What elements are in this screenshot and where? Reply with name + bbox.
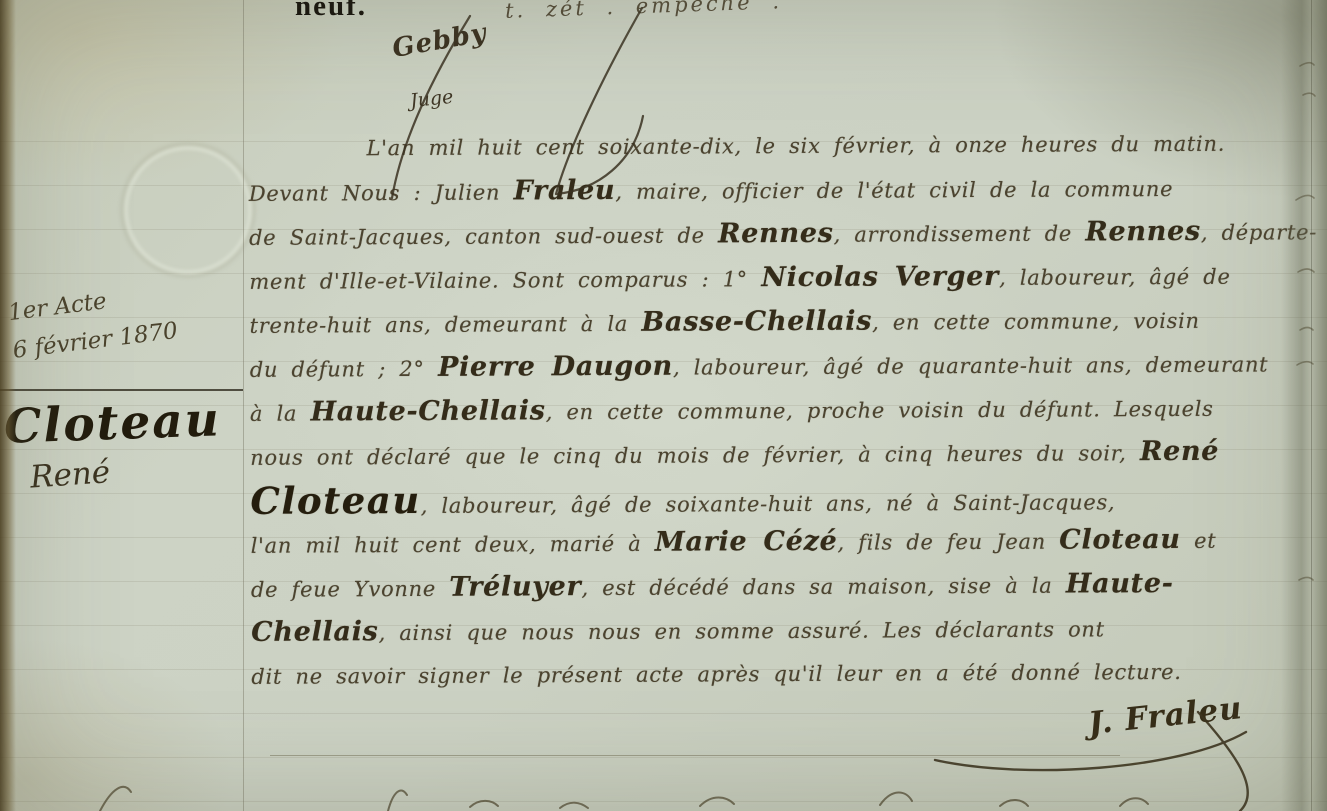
act-emphasized-word: René — [1140, 436, 1219, 467]
act-line: dit ne savoir signer le présent acte apr… — [251, 649, 1327, 699]
act-emphasized-word: Cloteau — [1059, 524, 1181, 556]
act-text: , fils de feu Jean — [837, 530, 1059, 555]
act-text: Devant Nous : Julien — [249, 180, 514, 205]
act-emphasized-word: Basse-Chellais — [641, 306, 872, 338]
act-text: de Saint-Jacques, canton sud-ouest de — [249, 223, 718, 249]
act-text: , laboureur, âgé de — [999, 265, 1231, 290]
printed-page-word: neuf. — [295, 0, 367, 23]
act-text: , laboureur, âgé de soixante-huit ans, n… — [421, 490, 1116, 518]
act-text-body: L'an mil huit cent soixante-dix, le six … — [249, 121, 1327, 699]
embossed-seal — [118, 140, 258, 280]
act-text: , en cette commune, proche voisin du déf… — [546, 397, 1214, 424]
judge-title: Juge — [409, 86, 454, 112]
margin-divider-line — [0, 389, 243, 391]
page-fold-right — [1281, 0, 1327, 811]
act-line: Chellais, ainsi que nous nous en somme a… — [251, 605, 1327, 655]
act-line: Devant Nous : Julien Fraleu, maire, offi… — [249, 165, 1326, 215]
act-text: , en cette commune, voisin — [872, 309, 1200, 335]
act-line: à la Haute-Chellais, en cette commune, p… — [250, 385, 1327, 435]
act-emphasized-word: Haute- — [1066, 568, 1174, 600]
act-emphasized-word: Chellais — [251, 616, 379, 648]
act-emphasized-word: Rennes — [718, 218, 834, 250]
act-line: du défunt ; 2° Pierre Daugon, laboureur,… — [250, 341, 1327, 391]
act-emphasized-word: Rennes — [1085, 216, 1201, 248]
act-text: , ainsi que nous nous en somme assuré. L… — [378, 617, 1104, 645]
act-emphasized-word: Pierre Daugon — [438, 351, 673, 383]
act-line: Cloteau, laboureur, âgé de soixante-huit… — [250, 473, 1327, 523]
act-line: de feue Yvonne Tréluyer, est décédé dans… — [251, 561, 1327, 611]
deceased-name-margin: Cloteau René — [4, 396, 221, 489]
act-emphasized-word: Haute-Chellais — [311, 395, 546, 427]
act-emphasized-word: Tréluyer — [449, 571, 581, 603]
margin-rule-line — [243, 0, 244, 811]
act-separator-line — [270, 755, 1120, 756]
act-emphasized-word: Nicolas Verger — [761, 261, 999, 293]
act-text: nous ont déclaré que le cinq du mois de … — [250, 441, 1140, 470]
act-text: L'an mil huit cent soixante-dix, le six … — [367, 132, 1226, 160]
act-text: , laboureur, âgé de quarante-huit ans, d… — [673, 352, 1268, 379]
act-line: ment d'Ille-et-Vilaine. Sont comparus : … — [249, 253, 1326, 303]
top-handwritten-fragment: t. zét . empêché . — [505, 0, 783, 23]
right-margin-rule — [1311, 0, 1312, 811]
act-text: ment d'Ille-et-Vilaine. Sont comparus : … — [249, 267, 761, 294]
act-emphasized-word: Marie Cézé — [655, 526, 838, 558]
act-text: dit ne savoir signer le présent acte apr… — [251, 660, 1181, 689]
act-text: trente-huit ans, demeurant à la — [249, 312, 641, 338]
act-text: , maire, officier de l'état civil de la … — [615, 177, 1173, 204]
act-line: nous ont déclaré que le cinq du mois de … — [250, 429, 1327, 479]
deceased-given-name: René — [29, 446, 222, 495]
act-line: l'an mil huit cent deux, marié à Marie C… — [251, 517, 1327, 567]
judge-signature: Gebby — [390, 18, 489, 64]
act-line: L'an mil huit cent soixante-dix, le six … — [249, 121, 1326, 171]
act-text: l'an mil huit cent deux, marié à — [251, 532, 655, 558]
act-line: trente-huit ans, demeurant à la Basse-Ch… — [249, 297, 1326, 347]
act-emphasized-word: Cloteau — [250, 478, 420, 523]
act-text: à la — [250, 402, 311, 426]
act-emphasized-word: Fraleu — [514, 175, 616, 207]
act-text: et — [1181, 529, 1217, 553]
act-text: de feue Yvonne — [251, 577, 450, 602]
deceased-surname: Cloteau — [3, 392, 222, 455]
act-text: du défunt ; 2° — [250, 357, 438, 382]
act-line: de Saint-Jacques, canton sud-ouest de Re… — [249, 209, 1326, 259]
binding-edge — [0, 0, 16, 811]
register-page-scan: neuf. t. zét . empêché . Gebby Juge 1er … — [0, 0, 1327, 811]
act-text: , arrondissement de — [834, 221, 1086, 246]
act-text: , est décédé dans sa maison, sise à la — [581, 574, 1066, 601]
